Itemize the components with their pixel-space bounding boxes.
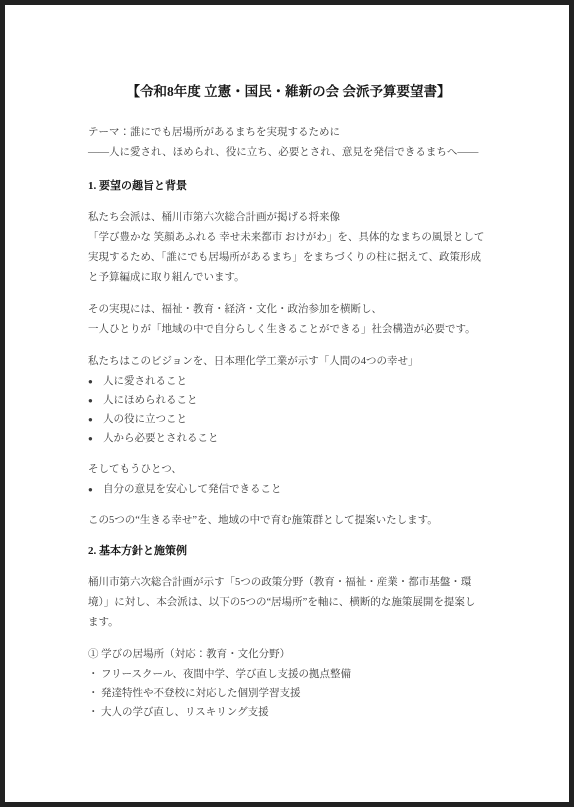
list-item-text: 発達特性や不登校に対応した個別学習支援 [101, 684, 301, 703]
list-item-text: 自分の意見を安心して発信できること [103, 480, 282, 499]
bullet-icon: ● [88, 429, 103, 448]
list-item-text: 人の役に立つこと [103, 410, 187, 429]
section1-paragraph-2: その実現には、福祉・教育・経済・文化・政治参加を横断し、 一人ひとりが「地域の中… [88, 300, 489, 340]
section1-heading: 1. 要望の趣旨と背景 [88, 178, 489, 194]
vision-intro: 私たちはこのビジョンを、日本理化学工業が示す「人間の4つの幸せ」 [88, 352, 489, 372]
and-one-more-label: そしてもうひとつ、 [88, 460, 489, 480]
list-item: ● 人から必要とされること [88, 429, 489, 448]
section2-paragraph-1: 桶川市第六次総合計画が示す「5つの政策分野（教育・福祉・産業・都市基盤・環 境）… [88, 573, 489, 633]
list-item: ・ 発達特性や不登校に対応した個別学習支援 [88, 684, 489, 703]
list-item-text: 人に愛されること [103, 372, 187, 391]
bullet-icon: ● [88, 372, 103, 391]
bullet-icon: ● [88, 391, 103, 410]
list-item-text: 大人の学び直し、リスキリング支援 [101, 703, 269, 722]
list-item: ● 人にほめられること [88, 391, 489, 410]
list-item: ・ 大人の学び直し、リスキリング支援 [88, 703, 489, 722]
extra-bullet-list: ● 自分の意見を安心して発信できること [88, 480, 489, 499]
list-item-text: フリースクール、夜間中学、学び直し支援の拠点整備 [101, 665, 351, 684]
theme-lines: テーマ：誰にでも居場所があるまちを実現するために ——人に愛され、ほめられ、役に… [88, 123, 489, 163]
viewer-background: { "doc": { "title": "【令和8年度 立憲・国民・維新の会 会… [0, 0, 574, 807]
bullet-icon: ● [88, 410, 103, 429]
section1-paragraph-1: 私たち会派は、桶川市第六次総合計画が掲げる将来像 「学び豊かな 笑顔あふれる 幸… [88, 208, 489, 288]
subsection1-heading: ① 学びの居場所（対応：教育・文化分野） [88, 645, 489, 665]
dot-bullet-icon: ・ [88, 703, 101, 722]
bullet-icon: ● [88, 480, 103, 499]
list-item: ● 自分の意見を安心して発信できること [88, 480, 489, 499]
document-page: 【令和8年度 立憲・国民・維新の会 会派予算要望書】 テーマ：誰にでも居場所があ… [5, 5, 569, 802]
list-item-text: 人にほめられること [103, 391, 198, 410]
happiness-list: ● 人に愛されること ● 人にほめられること ● 人の役に立つこと ● 人から必… [88, 372, 489, 448]
section1-closing: この5つの“生きる幸せ”を、地域の中で育む施策群として提案いたします。 [88, 511, 489, 531]
list-item-text: 人から必要とされること [103, 429, 219, 448]
dot-bullet-icon: ・ [88, 665, 101, 684]
subsection1-list: ・ フリースクール、夜間中学、学び直し支援の拠点整備 ・ 発達特性や不登校に対応… [88, 665, 489, 722]
list-item: ● 人に愛されること [88, 372, 489, 391]
list-item: ・ フリースクール、夜間中学、学び直し支援の拠点整備 [88, 665, 489, 684]
document-title: 【令和8年度 立憲・国民・維新の会 会派予算要望書】 [88, 84, 489, 99]
list-item: ● 人の役に立つこと [88, 410, 489, 429]
dot-bullet-icon: ・ [88, 684, 101, 703]
section2-heading: 2. 基本方針と施策例 [88, 543, 489, 559]
